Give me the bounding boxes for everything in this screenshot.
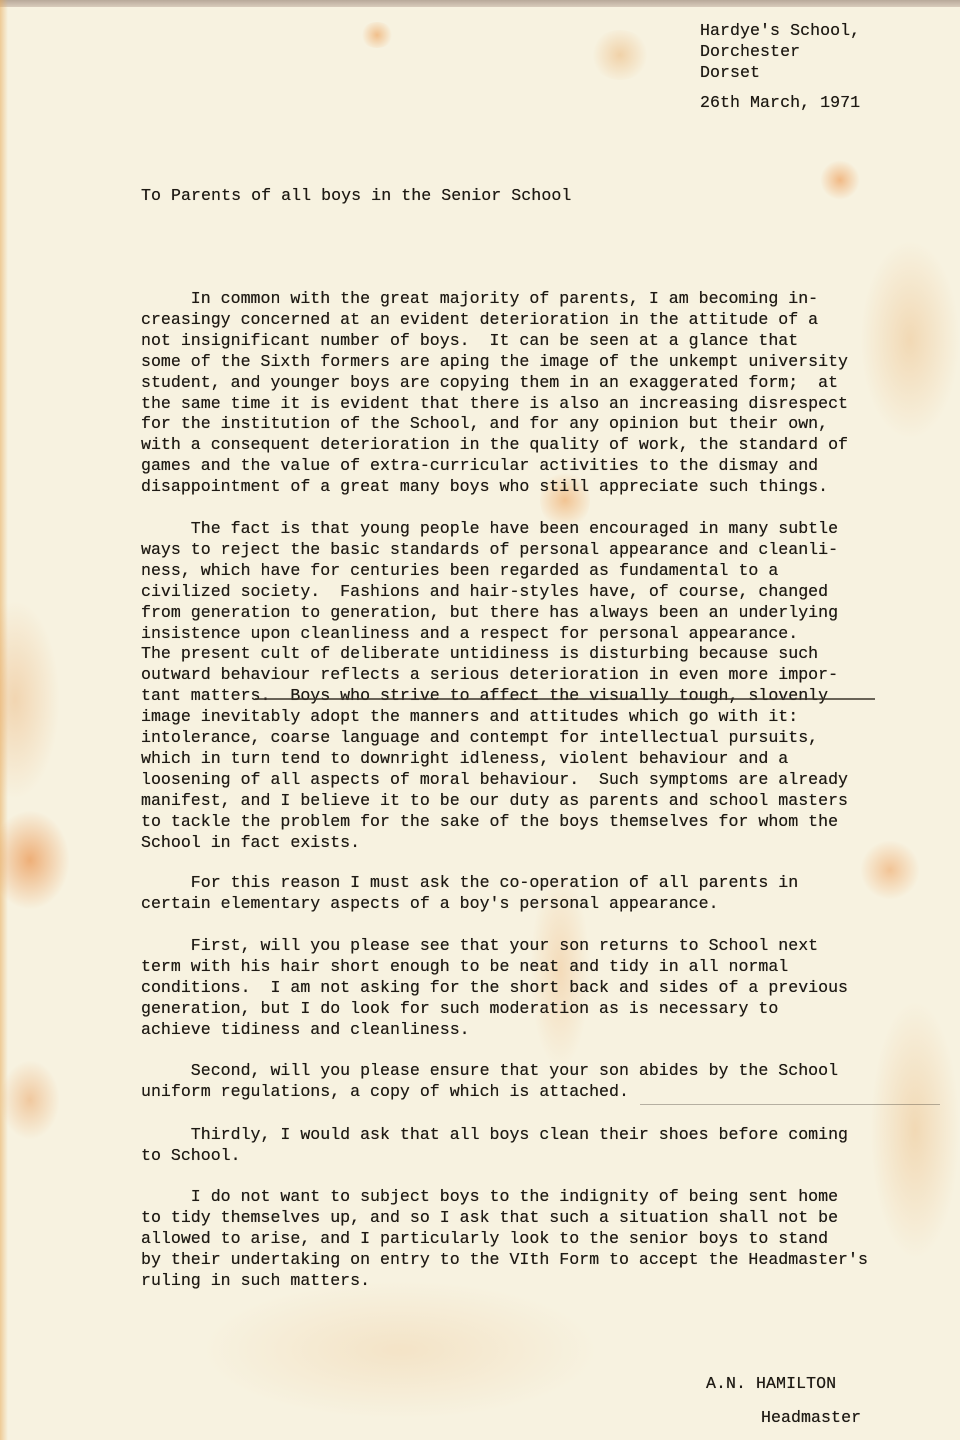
letter-page: Hardye's School, Dorchester Dorset 26th … — [0, 0, 960, 1440]
text-line: games and the value of extra-curricular … — [141, 456, 881, 477]
text-line: outward behaviour reflects a serious det… — [141, 665, 881, 686]
stain-decoration — [820, 160, 860, 200]
text-line: image inevitably adopt the manners and a… — [141, 707, 881, 728]
text-line: For this reason I must ask the co-operat… — [141, 873, 881, 894]
text-line: loosening of all aspects of moral behavi… — [141, 770, 881, 791]
address-line-county: Dorset — [700, 62, 760, 83]
text-line: certain elementary aspects of a boy's pe… — [141, 894, 881, 915]
stain-decoration — [0, 810, 70, 910]
text-line: the same time it is evident that there i… — [141, 394, 881, 415]
text-line: tant matters. Boys who strive to affect … — [141, 686, 881, 707]
paragraph-closing: I do not want to subject boys to the ind… — [141, 1187, 881, 1292]
text-line: Second, will you please ensure that your… — [141, 1061, 881, 1082]
paper-left-edge — [0, 0, 8, 1440]
paragraph-second-uniform: Second, will you please ensure that your… — [141, 1061, 881, 1103]
stain-decoration — [870, 1000, 960, 1260]
text-line: creasingy concerned at an evident deteri… — [141, 310, 881, 331]
text-line: achieve tidiness and cleanliness. — [141, 1020, 881, 1041]
text-line: ruling in such matters. — [141, 1271, 881, 1292]
address-line-town: Dorchester — [700, 41, 800, 62]
text-line: First, will you please see that your son… — [141, 936, 881, 957]
text-line: uniform regulations, a copy of which is … — [141, 1082, 881, 1103]
text-line: some of the Sixth formers are aping the … — [141, 352, 881, 373]
text-line: The present cult of deliberate untidines… — [141, 644, 881, 665]
stain-decoration — [360, 22, 394, 48]
text-line: term with his hair short enough to be ne… — [141, 957, 881, 978]
text-line: generation, but I do look for such moder… — [141, 999, 881, 1020]
salutation: To Parents of all boys in the Senior Sch… — [141, 185, 571, 206]
letter-date: 26th March, 1971 — [700, 92, 860, 113]
text-line: conditions. I am not asking for the shor… — [141, 978, 881, 999]
paragraph-concern: In common with the great majority of par… — [141, 289, 881, 498]
text-line: civilized society. Fashions and hair-sty… — [141, 582, 881, 603]
text-line: not insignificant number of boys. It can… — [141, 331, 881, 352]
text-line: I do not want to subject boys to the ind… — [141, 1187, 881, 1208]
signature-title: Headmaster — [761, 1407, 861, 1428]
address-line-school: Hardye's School, — [700, 20, 860, 41]
text-line: from generation to generation, but there… — [141, 603, 881, 624]
text-line: insistence upon cleanliness and a respec… — [141, 624, 881, 645]
paragraph-cooperation: For this reason I must ask the co-operat… — [141, 873, 881, 915]
text-line: The fact is that young people have been … — [141, 519, 881, 540]
paragraph-standards: The fact is that young people have been … — [141, 519, 881, 854]
text-line: In common with the great majority of par… — [141, 289, 881, 310]
text-line: by their undertaking on entry to the VIt… — [141, 1250, 881, 1271]
stain-decoration — [200, 1280, 600, 1420]
signature-name: A.N. HAMILTON — [706, 1373, 836, 1394]
text-line: ness, which have for centuries been rega… — [141, 561, 881, 582]
paper-top-edge — [0, 0, 960, 7]
text-line: which in turn tend to downright idleness… — [141, 749, 881, 770]
text-line: for the institution of the School, and f… — [141, 414, 881, 435]
text-line: to School. — [141, 1146, 881, 1167]
text-line: School in fact exists. — [141, 833, 881, 854]
stain-decoration — [0, 600, 60, 800]
text-line: allowed to arise, and I particularly loo… — [141, 1229, 881, 1250]
text-line: disappointment of a great many boys who … — [141, 477, 881, 498]
text-line: student, and younger boys are copying th… — [141, 373, 881, 394]
text-line: intolerance, coarse language and contemp… — [141, 728, 881, 749]
text-line: to tackle the problem for the sake of th… — [141, 812, 881, 833]
typewriter-strikethrough — [255, 698, 875, 700]
text-line: with a consequent deterioration in the q… — [141, 435, 881, 456]
text-line: to tidy themselves up, and so I ask that… — [141, 1208, 881, 1229]
paragraph-first-hair: First, will you please see that your son… — [141, 936, 881, 1041]
fold-crease-line — [640, 1104, 940, 1105]
stain-decoration — [0, 1060, 60, 1140]
text-line: ways to reject the basic standards of pe… — [141, 540, 881, 561]
paragraph-third-shoes: Thirdly, I would ask that all boys clean… — [141, 1125, 881, 1167]
text-line: manifest, and I believe it to be our dut… — [141, 791, 881, 812]
text-line: Thirdly, I would ask that all boys clean… — [141, 1125, 881, 1146]
stain-decoration — [590, 30, 650, 80]
